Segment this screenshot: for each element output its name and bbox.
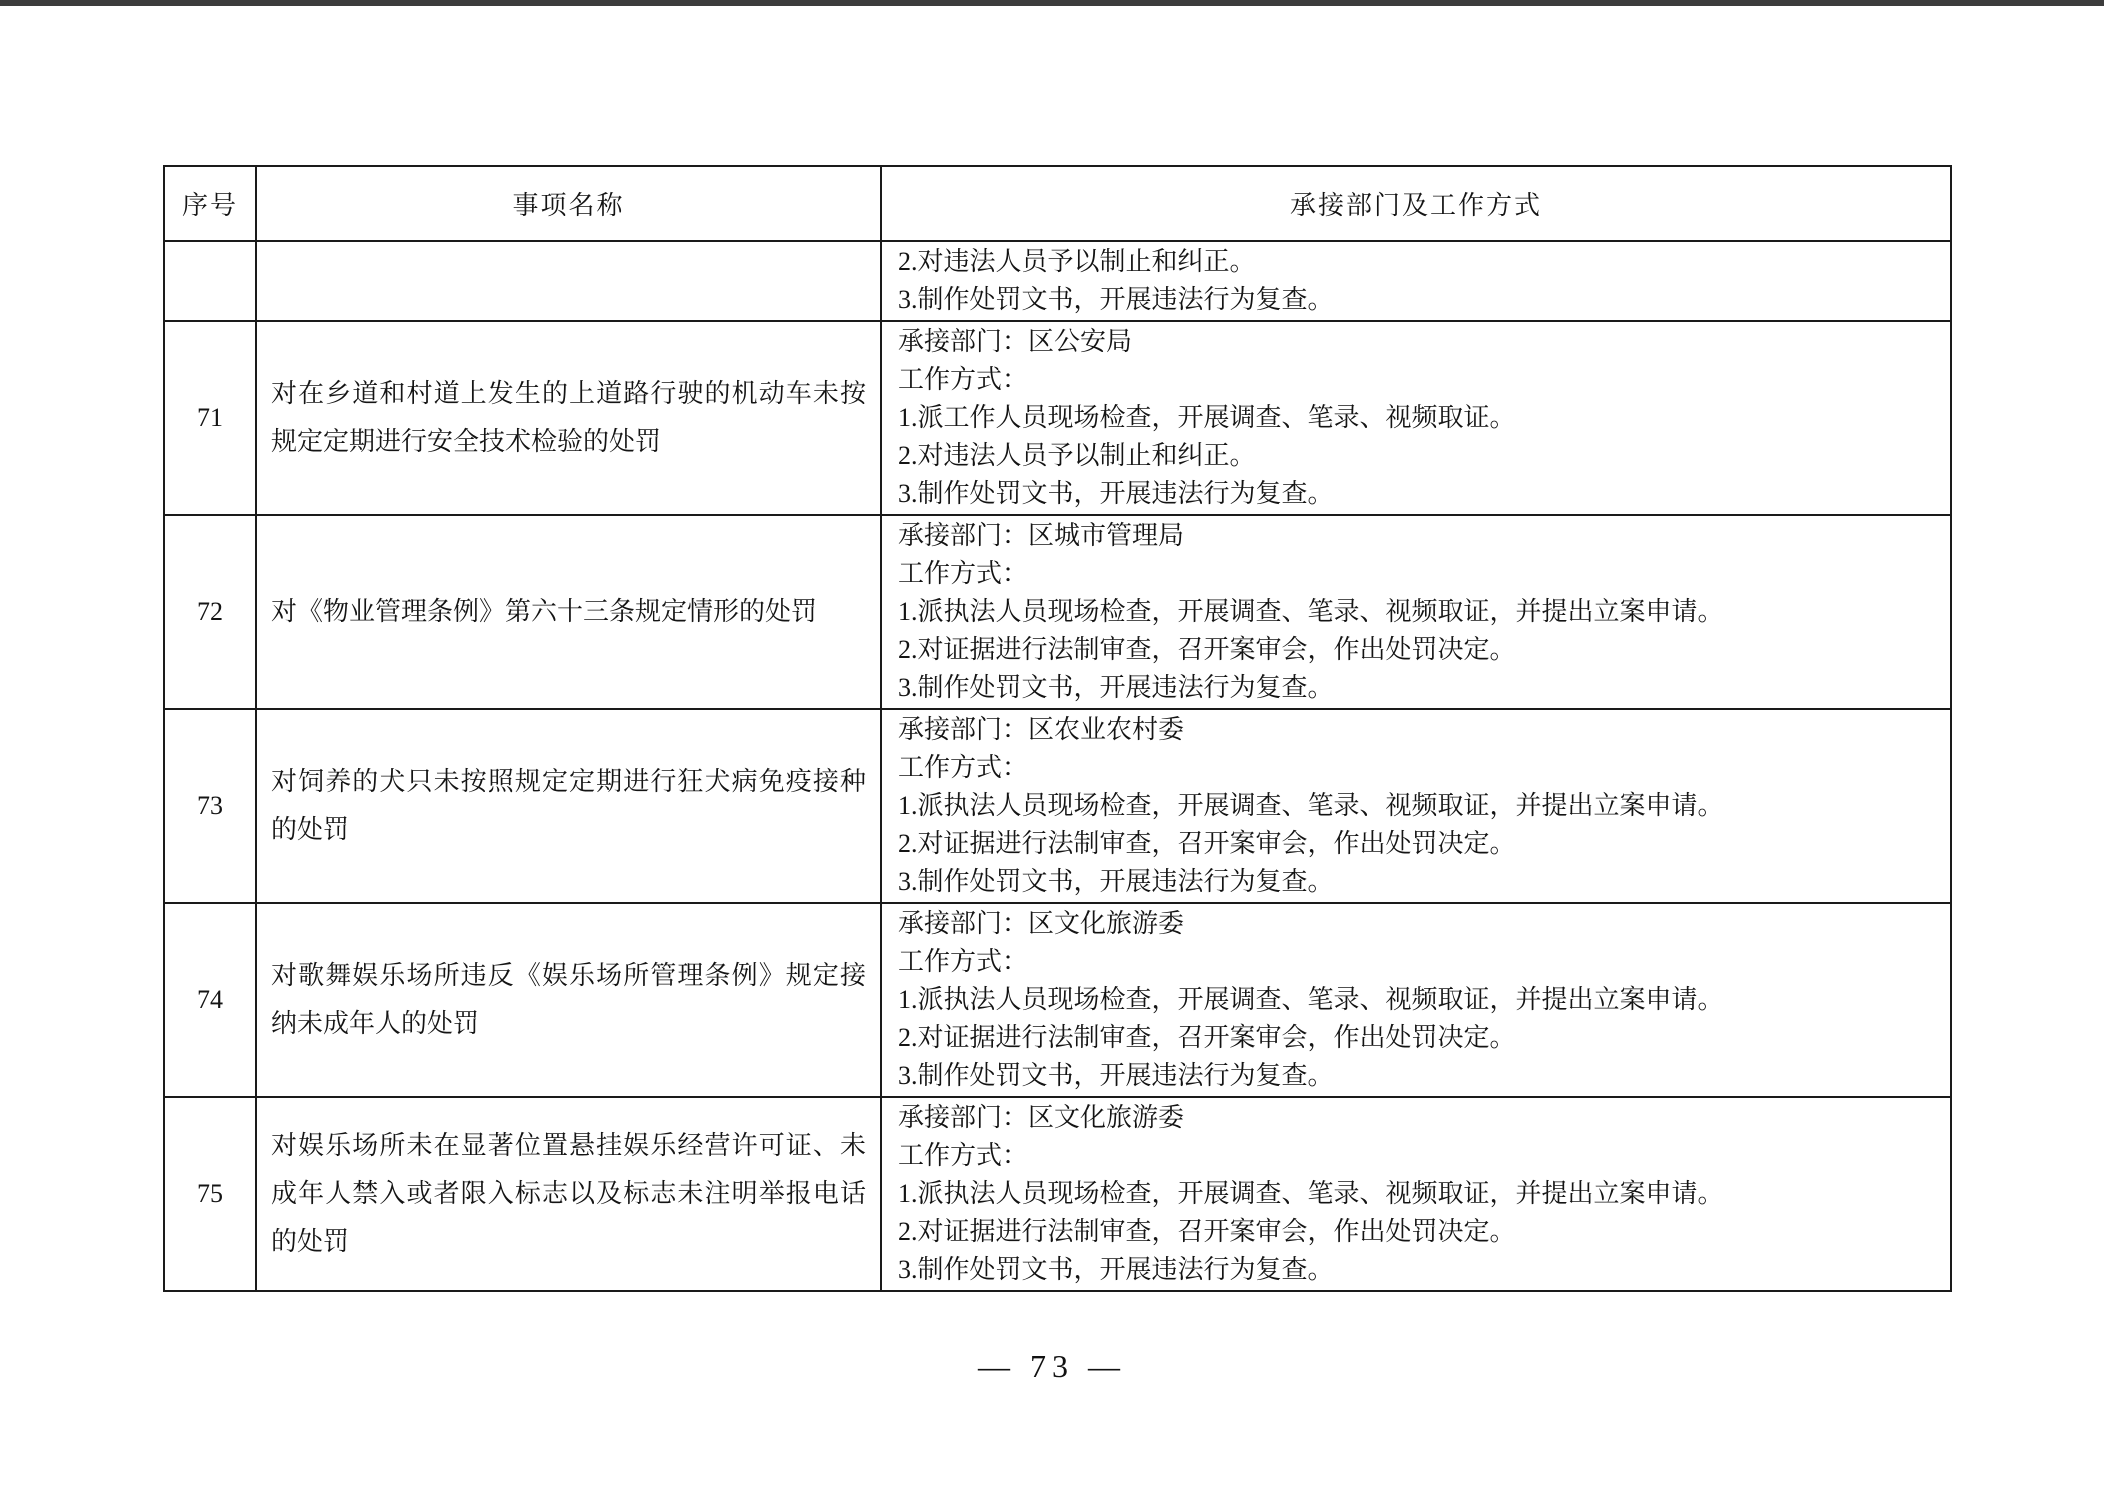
work-method-line: 承接部门：区城市管理局	[898, 517, 1934, 555]
work-method-line: 工作方式：	[898, 749, 1934, 787]
row-id-cell: 73	[164, 709, 256, 903]
work-method-line: 承接部门：区文化旅游委	[898, 1099, 1934, 1137]
header-seq: 序号	[164, 166, 256, 241]
table-row-continuation: 2.对违法人员予以制止和纠正。3.制作处罚文书，开展违法行为复查。	[164, 241, 1951, 321]
item-name-cell: 对在乡道和村道上发生的上道路行驶的机动车未按规定定期进行安全技术检验的处罚	[256, 321, 881, 515]
item-name-cell: 对饲养的犬只未按照规定定期进行狂犬病免疫接种的处罚	[256, 709, 881, 903]
work-method-line: 1.派执法人员现场检查，开展调查、笔录、视频取证，并提出立案申请。	[898, 1175, 1934, 1213]
work-method-line: 3.制作处罚文书，开展违法行为复查。	[898, 863, 1934, 901]
work-method-cell: 承接部门：区公安局工作方式：1.派工作人员现场检查，开展调查、笔录、视频取证。2…	[881, 321, 1951, 515]
table-row-72: 72 对《物业管理条例》第六十三条规定情形的处罚 承接部门：区城市管理局工作方式…	[164, 515, 1951, 709]
table-row-75: 75 对娱乐场所未在显著位置悬挂娱乐经营许可证、未成年人禁入或者限入标志以及标志…	[164, 1097, 1951, 1291]
work-method-line: 工作方式：	[898, 361, 1934, 399]
header-item-name: 事项名称	[256, 166, 881, 241]
work-method-line: 2.对证据进行法制审查，召开案审会，作出处罚决定。	[898, 631, 1934, 669]
item-name-cell: 对娱乐场所未在显著位置悬挂娱乐经营许可证、未成年人禁入或者限入标志以及标志未注明…	[256, 1097, 881, 1291]
work-method-line: 1.派执法人员现场检查，开展调查、笔录、视频取证，并提出立案申请。	[898, 787, 1934, 825]
row-id-cell: 74	[164, 903, 256, 1097]
work-method-line: 工作方式：	[898, 555, 1934, 593]
page-number: — 73 —	[0, 1348, 2104, 1385]
row-id-cell	[164, 241, 256, 321]
table-row-74: 74 对歌舞娱乐场所违反《娱乐场所管理条例》规定接纳未成年人的处罚 承接部门：区…	[164, 903, 1951, 1097]
work-method-line: 3.制作处罚文书，开展违法行为复查。	[898, 1251, 1934, 1289]
work-method-line: 3.制作处罚文书，开展违法行为复查。	[898, 281, 1934, 319]
work-method-line: 2.对证据进行法制审查，召开案审会，作出处罚决定。	[898, 1019, 1934, 1057]
work-method-line: 3.制作处罚文书，开展违法行为复查。	[898, 669, 1934, 707]
work-method-cell: 承接部门：区农业农村委工作方式：1.派执法人员现场检查，开展调查、笔录、视频取证…	[881, 709, 1951, 903]
scan-top-edge	[0, 0, 2104, 6]
work-method-cell: 承接部门：区城市管理局工作方式：1.派执法人员现场检查，开展调查、笔录、视频取证…	[881, 515, 1951, 709]
work-method-line: 1.派执法人员现场检查，开展调查、笔录、视频取证，并提出立案申请。	[898, 593, 1934, 631]
item-name-cell	[256, 241, 881, 321]
work-method-line: 承接部门：区农业农村委	[898, 711, 1934, 749]
punishment-items-table: 序号 事项名称 承接部门及工作方式 2.对违法人员予以制止和纠正。3.制作处罚文…	[163, 165, 1952, 1292]
work-method-line: 工作方式：	[898, 943, 1934, 981]
work-method-cell: 承接部门：区文化旅游委工作方式：1.派执法人员现场检查，开展调查、笔录、视频取证…	[881, 1097, 1951, 1291]
item-name-cell: 对《物业管理条例》第六十三条规定情形的处罚	[256, 515, 881, 709]
work-method-line: 3.制作处罚文书，开展违法行为复查。	[898, 475, 1934, 513]
work-method-line: 承接部门：区文化旅游委	[898, 905, 1934, 943]
work-method-line: 1.派执法人员现场检查，开展调查、笔录、视频取证，并提出立案申请。	[898, 981, 1934, 1019]
header-row: 序号 事项名称 承接部门及工作方式	[164, 166, 1951, 241]
work-method-line: 2.对违法人员予以制止和纠正。	[898, 437, 1934, 475]
work-method-line: 1.派工作人员现场检查，开展调查、笔录、视频取证。	[898, 399, 1934, 437]
row-id-cell: 72	[164, 515, 256, 709]
work-method-line: 3.制作处罚文书，开展违法行为复查。	[898, 1057, 1934, 1095]
header-department-method: 承接部门及工作方式	[881, 166, 1951, 241]
work-method-line: 工作方式：	[898, 1137, 1934, 1175]
table-row-71: 71 对在乡道和村道上发生的上道路行驶的机动车未按规定定期进行安全技术检验的处罚…	[164, 321, 1951, 515]
work-method-line: 2.对证据进行法制审查，召开案审会，作出处罚决定。	[898, 825, 1934, 863]
work-method-cell: 承接部门：区文化旅游委工作方式：1.派执法人员现场检查，开展调查、笔录、视频取证…	[881, 903, 1951, 1097]
work-method-line: 2.对违法人员予以制止和纠正。	[898, 243, 1934, 281]
row-id-cell: 75	[164, 1097, 256, 1291]
work-method-line: 承接部门：区公安局	[898, 323, 1934, 361]
item-name-cell: 对歌舞娱乐场所违反《娱乐场所管理条例》规定接纳未成年人的处罚	[256, 903, 881, 1097]
work-method-cell: 2.对违法人员予以制止和纠正。3.制作处罚文书，开展违法行为复查。	[881, 241, 1951, 321]
work-method-line: 2.对证据进行法制审查，召开案审会，作出处罚决定。	[898, 1213, 1934, 1251]
table-row-73: 73 对饲养的犬只未按照规定定期进行狂犬病免疫接种的处罚 承接部门：区农业农村委…	[164, 709, 1951, 903]
row-id-cell: 71	[164, 321, 256, 515]
